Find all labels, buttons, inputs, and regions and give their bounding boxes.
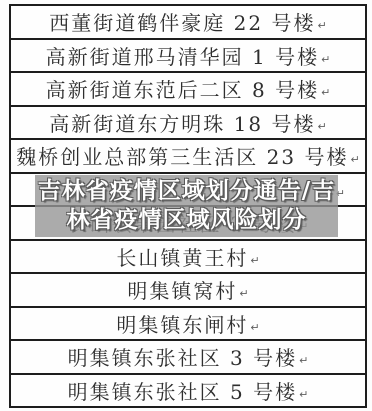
cell-text: 明集镇东闸村 [116, 309, 248, 338]
table-row: 明集镇窝村 ↵ [11, 272, 365, 306]
return-mark-icon: ↵ [317, 19, 326, 32]
cell-text: 高新街道东方明珠 18 号楼 [49, 108, 315, 137]
table-row: 高新街道邢马清华园 1 号楼 ↵ [11, 38, 365, 72]
cell-text: 魏桥创业总部第三生活区 23 号楼 [16, 141, 348, 170]
return-mark-icon: ↵ [239, 287, 248, 300]
cell-text: 高新街道东范后二区 8 号楼 [46, 74, 319, 103]
caption-overlay: 吉林省疫情区域划分通告/吉 林省疫情区域风险划分 [35, 175, 338, 237]
caption-line-2: 林省疫情区域风险划分 [67, 206, 307, 235]
cell-text: 长山镇黄王村 [116, 242, 248, 271]
table-row: 魏桥创业总部第三生活区 23 号楼 ↵ [11, 138, 365, 172]
cell-text: 明集镇东张社区 5 号楼 [68, 376, 297, 405]
table-row: 明集镇东闸村 ↵ [11, 306, 365, 340]
cell-text: 西董街道鹤伴豪庭 22 号楼 [49, 7, 315, 36]
return-mark-icon: ↵ [317, 120, 326, 133]
table-row: 西董街道鹤伴豪庭 22 号楼 ↵ [11, 6, 365, 38]
cell-text: 明集镇窝村 [127, 275, 237, 304]
cell-text: 高新街道邢马清华园 1 号楼 [46, 41, 319, 70]
return-mark-icon: ↵ [299, 388, 308, 401]
return-mark-icon: ↵ [250, 254, 259, 267]
table-row: 高新街道东范后二区 8 号楼 ↵ [11, 71, 365, 105]
return-mark-icon: ↵ [250, 321, 259, 334]
table-row: 明集镇东张社区 5 号楼 ↵ [11, 373, 365, 407]
caption-line-1: 吉林省疫情区域划分通告/吉 [38, 177, 335, 206]
cell-text: 明集镇东张社区 3 号楼 [68, 342, 297, 371]
return-mark-icon: ↵ [299, 354, 308, 367]
table-row: 长山镇黄王村 ↵ [11, 239, 365, 273]
table-row: 高新街道东方明珠 18 号楼 ↵ [11, 105, 365, 139]
table-row: 明集镇东张社区 3 号楼 ↵ [11, 339, 365, 373]
return-mark-icon: ↵ [321, 86, 330, 99]
return-mark-icon: ↵ [321, 53, 330, 66]
return-mark-icon: ↵ [350, 153, 359, 166]
